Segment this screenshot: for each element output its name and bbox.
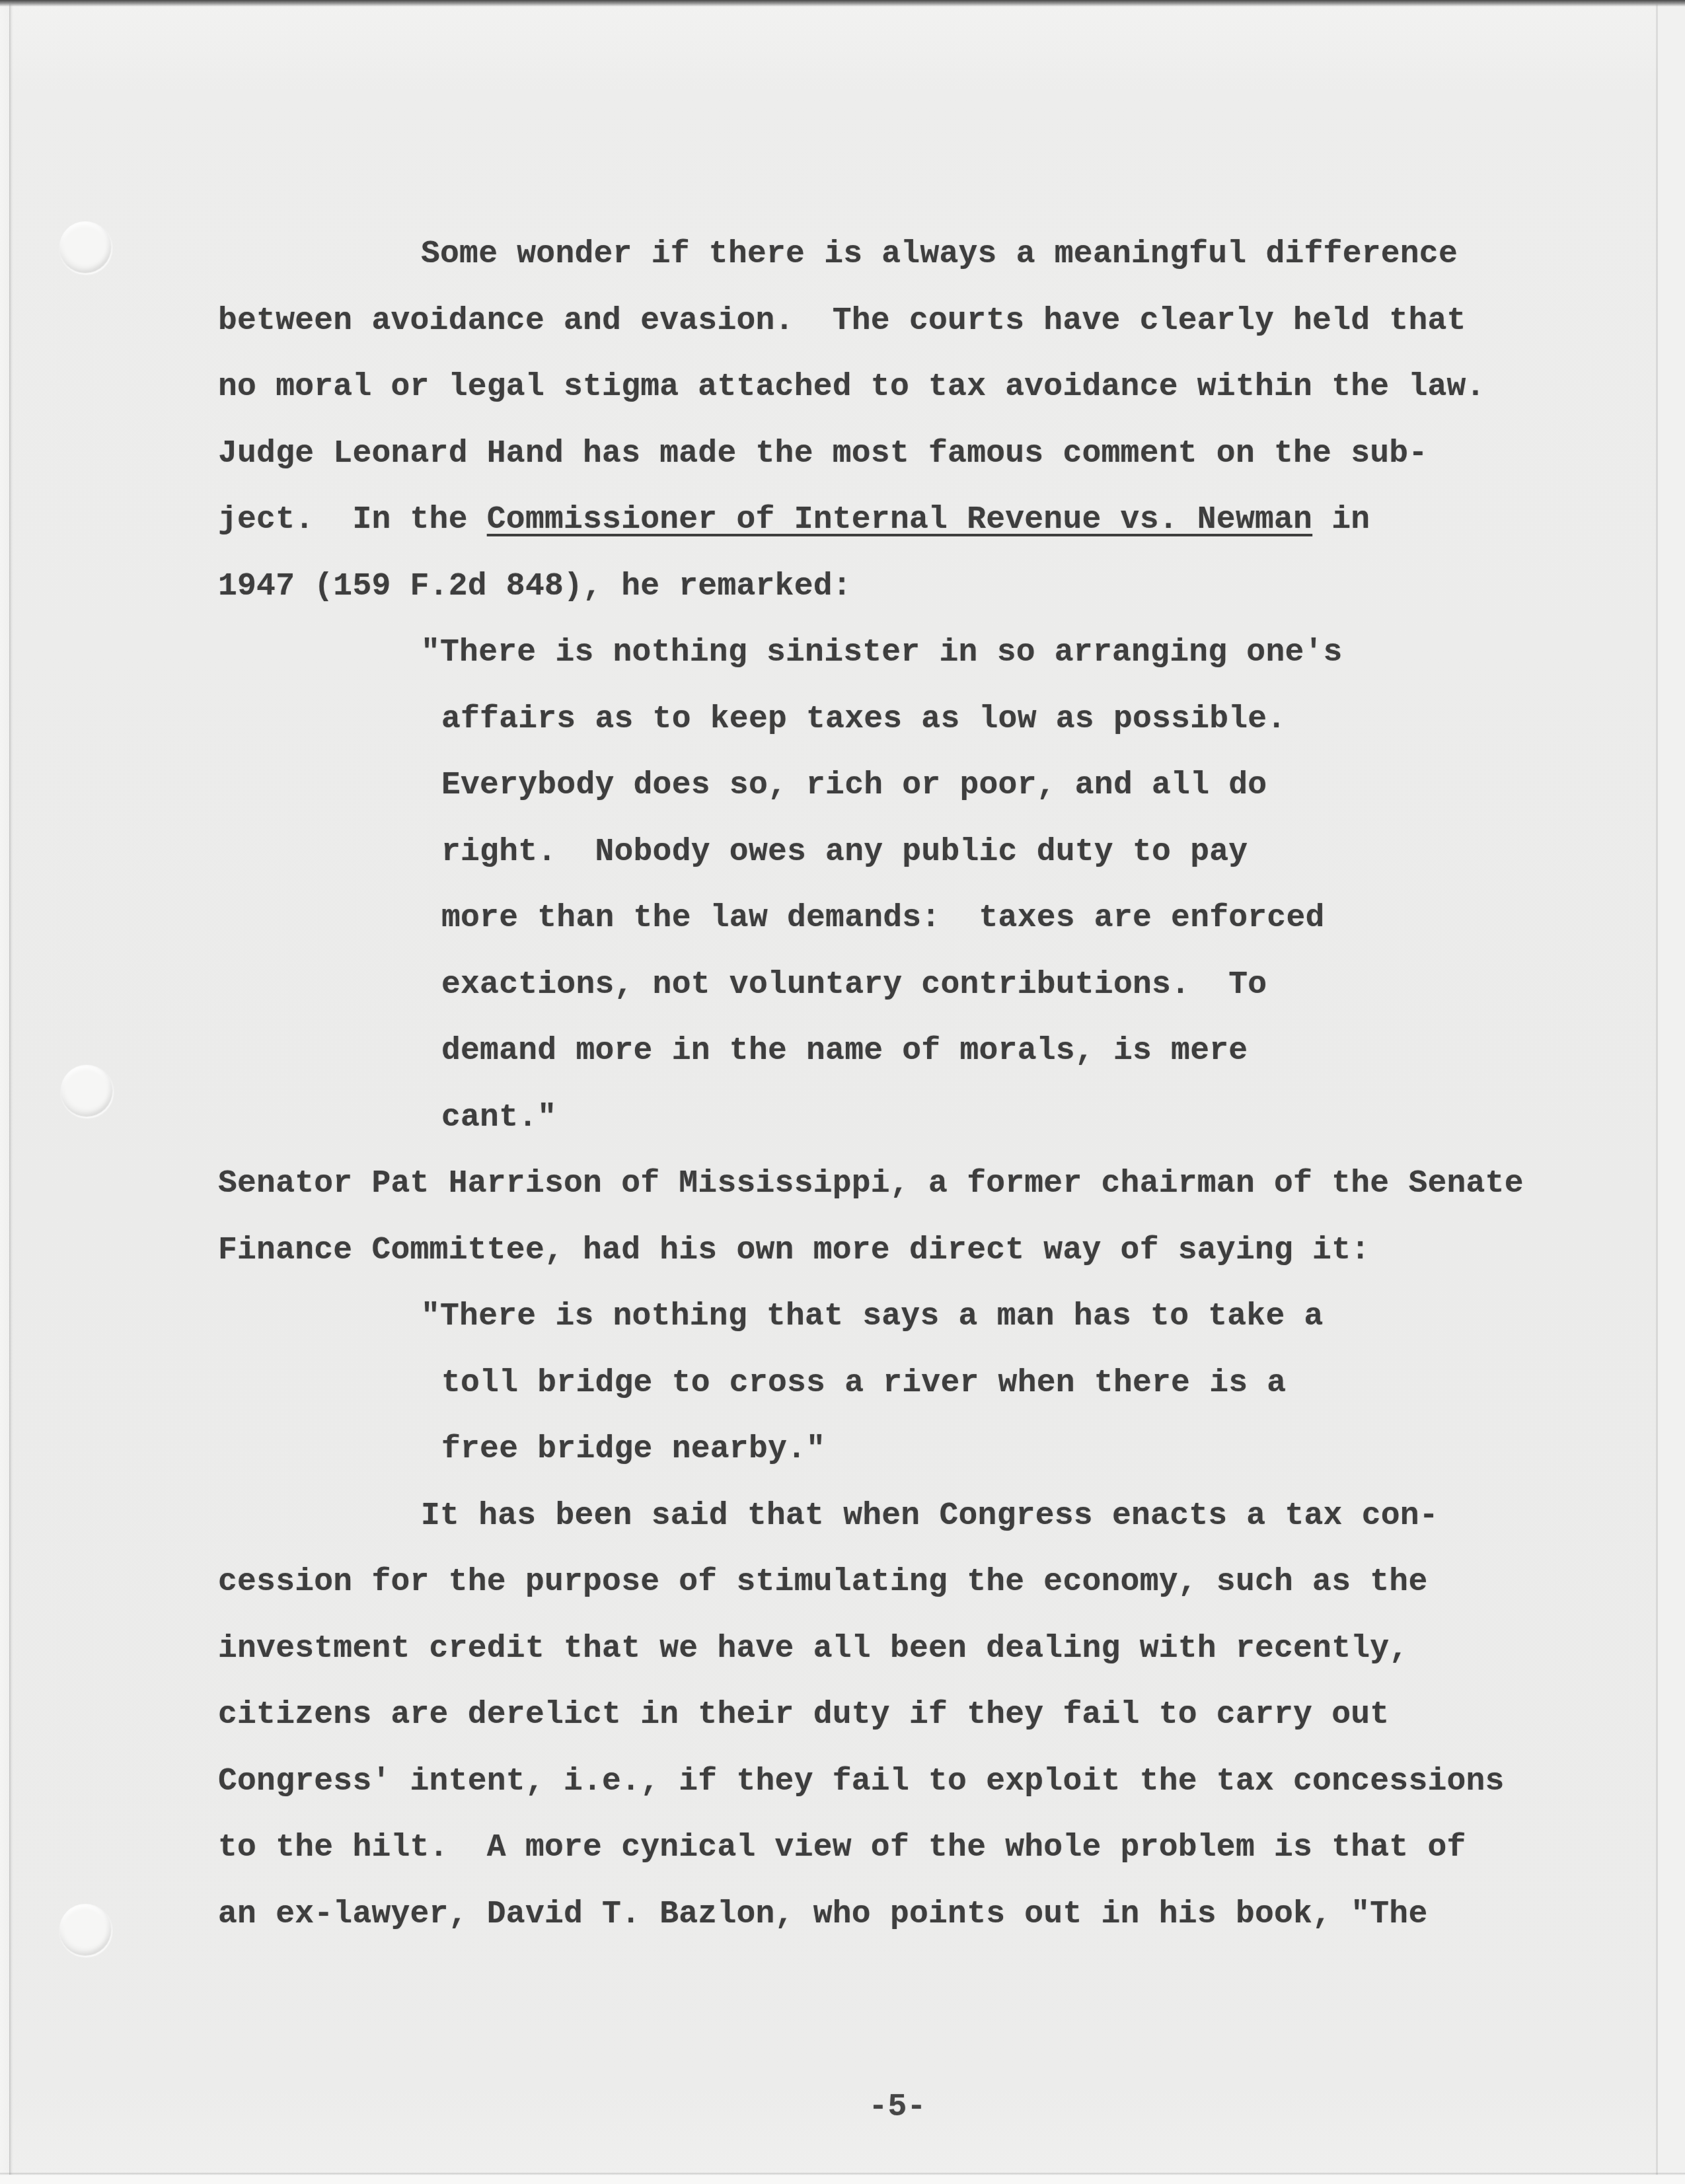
page-number: -5- bbox=[218, 2074, 1577, 2140]
text-line: more than the law demands: taxes are enf… bbox=[218, 885, 1632, 952]
underlined-citation: Commissioner of Internal Revenue vs. New… bbox=[487, 502, 1312, 538]
scan-top-edge bbox=[0, 0, 1685, 7]
text-line: Some wonder if there is always a meaning… bbox=[218, 221, 1632, 288]
text-line: no moral or legal stigma attached to tax… bbox=[218, 354, 1632, 421]
text-line: citizens are derelict in their duty if t… bbox=[218, 1682, 1632, 1749]
text-line: right. Nobody owes any public duty to pa… bbox=[218, 819, 1632, 886]
text-line: free bridge nearby." bbox=[218, 1416, 1632, 1483]
text-line: Finance Committee, had his own more dire… bbox=[218, 1218, 1632, 1284]
text-line: demand more in the name of morals, is me… bbox=[218, 1018, 1632, 1085]
text-line: investment credit that we have all been … bbox=[218, 1616, 1632, 1683]
text-line: Congress' intent, i.e., if they fail to … bbox=[218, 1749, 1632, 1815]
text-line: It has been said that when Congress enac… bbox=[218, 1483, 1632, 1550]
punch-hole-bottom bbox=[59, 1903, 112, 1956]
text-line: an ex-lawyer, David T. Bazlon, who point… bbox=[218, 1881, 1632, 1948]
text-line: affairs as to keep taxes as low as possi… bbox=[218, 686, 1632, 753]
typewritten-text: Some wonder if there is always a meaning… bbox=[218, 221, 1632, 1947]
text-line: "There is nothing that says a man has to… bbox=[218, 1284, 1632, 1350]
text-line: between avoidance and evasion. The court… bbox=[218, 288, 1632, 355]
text-line: exactions, not voluntary contributions. … bbox=[218, 952, 1632, 1019]
paper-left-margin-edge bbox=[0, 0, 9, 2175]
text-line: cession for the purpose of stimulating t… bbox=[218, 1549, 1632, 1616]
text-line: "There is nothing sinister in so arrangi… bbox=[218, 620, 1632, 686]
text-line: to the hilt. A more cynical view of the … bbox=[218, 1815, 1632, 1881]
text-line: toll bridge to cross a river when there … bbox=[218, 1350, 1632, 1417]
scanned-paper-sheet: Some wonder if there is always a meaning… bbox=[0, 0, 1685, 2175]
text-line: 1947 (159 F.2d 848), he remarked: bbox=[218, 554, 1632, 620]
punch-hole-top bbox=[59, 221, 112, 273]
text-line: Everybody does so, rich or poor, and all… bbox=[218, 752, 1632, 819]
text-line: cant." bbox=[218, 1085, 1632, 1151]
text-line: Judge Leonard Hand has made the most fam… bbox=[218, 421, 1632, 488]
punch-hole-middle bbox=[60, 1064, 113, 1117]
text-line: Senator Pat Harrison of Mississippi, a f… bbox=[218, 1151, 1632, 1218]
text-line: ject. In the Commissioner of Internal Re… bbox=[218, 487, 1632, 554]
paper-left-edge-shadow bbox=[9, 0, 13, 2175]
paper-right-margin-edge bbox=[1658, 0, 1685, 2175]
paper-bottom-edge-shadow bbox=[0, 2173, 1685, 2175]
